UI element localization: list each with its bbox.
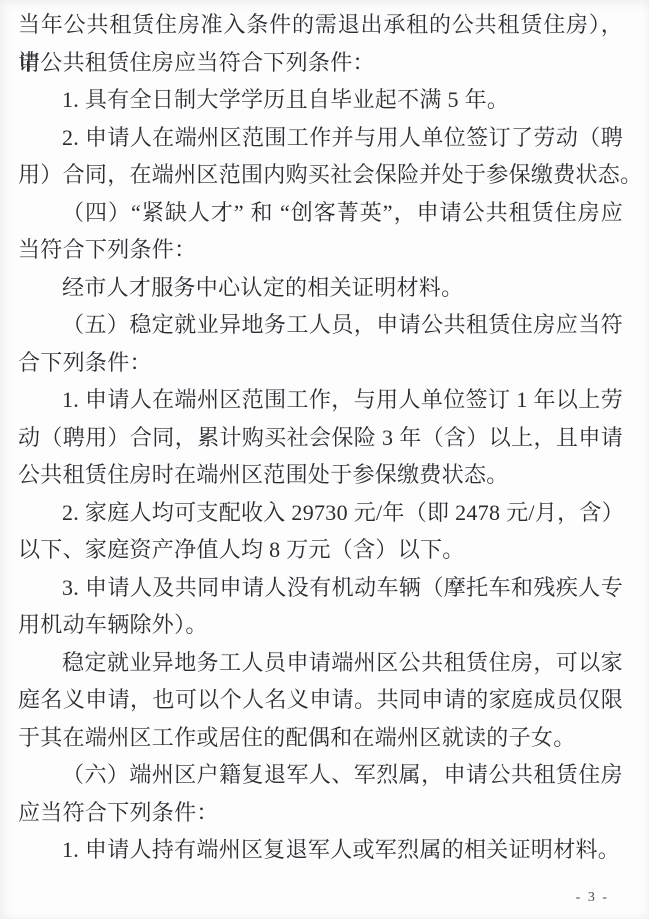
text-line: （六）端州区户籍复退军人、军烈属，申请公共租赁住房 [18, 756, 623, 794]
text-line: 用机动车辆除外）。 [18, 606, 623, 644]
text-line: 1. 具有全日制大学学历且自毕业起不满 5 年。 [18, 81, 623, 119]
text-line: 用）合同，在端州区范围内购买社会保险并处于参保缴费状态。 [18, 156, 623, 194]
text-line: 庭名义申请，也可以个人名义申请。共同申请的家庭成员仅限 [18, 681, 623, 719]
text-line: 动（聘用）合同，累计购买社会保险 3 年（含）以上，且申请 [18, 419, 623, 457]
page-number: - 3 - [576, 890, 609, 906]
text-line: 合下列条件： [18, 344, 623, 382]
text-line: 公共租赁住房时在端州区范围处于参保缴费状态。 [18, 456, 623, 494]
text-line: （五）稳定就业异地务工人员，申请公共租赁住房应当符 [18, 306, 623, 344]
document-page: 当年公共租赁住房准入条件的需退出承租的公共租赁住房），申请公共租赁住房应当符合下… [0, 0, 649, 919]
text-line: 以下、家庭资产净值人均 8 万元（含）以下。 [18, 531, 623, 569]
text-line: 当年公共租赁住房准入条件的需退出承租的公共租赁住房），申 [18, 6, 623, 44]
text-line: 稳定就业异地务工人员申请端州区公共租赁住房，可以家 [18, 644, 623, 682]
text-line: 当符合下列条件： [18, 231, 623, 269]
text-line: 1. 申请人在端州区范围工作，与用人单位签订 1 年以上劳 [18, 381, 623, 419]
text-line: （四）“紧缺人才” 和 “创客菁英”，申请公共租赁住房应 [18, 194, 623, 232]
text-line: 请公共租赁住房应当符合下列条件： [18, 44, 623, 82]
text-line: 于其在端州区工作或居住的配偶和在端州区就读的子女。 [18, 719, 623, 757]
text-line: 2. 家庭人均可支配收入 29730 元/年（即 2478 元/月，含） [18, 494, 623, 532]
text-line: 1. 申请人持有端州区复退军人或军烈属的相关证明材料。 [18, 831, 623, 869]
text-line: 经市人才服务中心认定的相关证明材料。 [18, 269, 623, 307]
text-line: 应当符合下列条件： [18, 794, 623, 832]
text-line: 2. 申请人在端州区范围工作并与用人单位签订了劳动（聘 [18, 119, 623, 157]
text-line: 3. 申请人及共同申请人没有机动车辆（摩托车和残疾人专 [18, 569, 623, 607]
document-body: 当年公共租赁住房准入条件的需退出承租的公共租赁住房），申请公共租赁住房应当符合下… [18, 6, 623, 869]
